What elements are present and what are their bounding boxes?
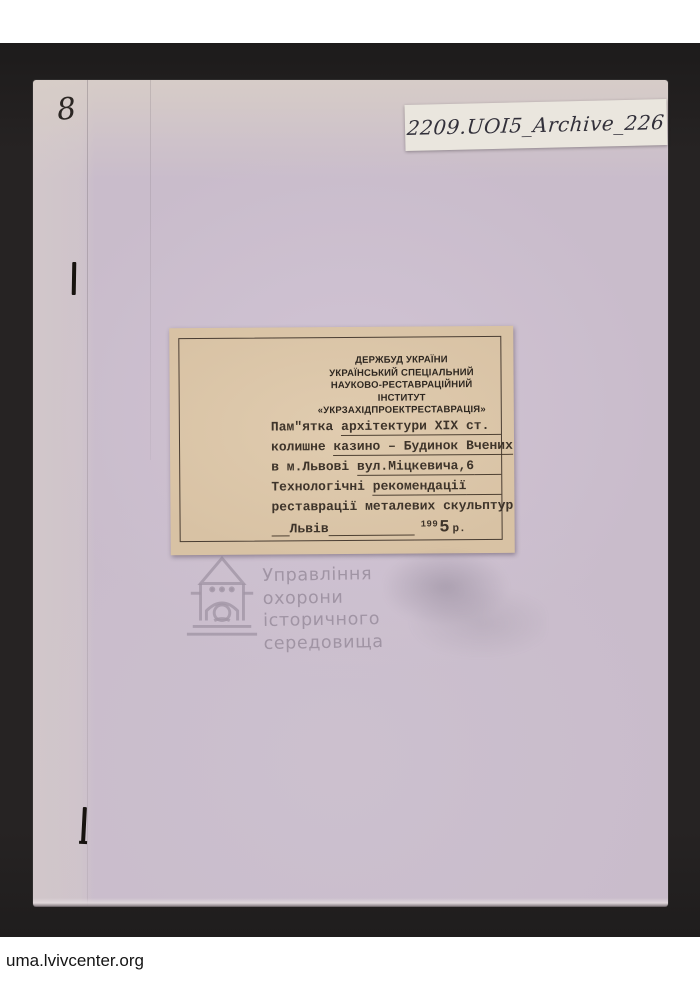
- title-text-underlined: рекомендації: [373, 478, 467, 496]
- stamp-line: Управління: [262, 563, 382, 588]
- ruled-line: [489, 433, 501, 435]
- stamp-line: середовища: [263, 630, 383, 655]
- title-text: Пам"ятка: [271, 419, 341, 434]
- city-year-line: Львів1995р.: [272, 518, 502, 540]
- heritage-office-stamp: Управління охорони історичного середовищ…: [262, 563, 384, 655]
- archive-code: 2209.UOI5_Archive_226: [406, 110, 665, 140]
- title-line: в м.Львові вул.Міцкевича,6: [271, 458, 501, 480]
- year-handwritten-digit: 5: [439, 518, 449, 537]
- stamp-line: охорони: [263, 585, 383, 610]
- year-suffix: р.: [453, 523, 466, 535]
- archive-code-sticker: 2209.UOI5_Archive_226: [405, 99, 668, 151]
- typed-title-block: Пам"ятка архітектури XIX ст. колишне каз…: [271, 418, 502, 540]
- ruled-line: [474, 473, 501, 475]
- title-line: колишне казино – Будинок Вчених: [271, 438, 501, 460]
- title-line: реставрації металевих скульптур: [271, 498, 501, 520]
- fold-crease: [87, 80, 88, 906]
- institute-letterhead: ДЕРЖБУД УКРАЇНИ УКРАЇНСЬКИЙ СПЕЦІАЛЬНИЙ …: [305, 354, 497, 418]
- title-line: Технологічні рекомендації: [271, 478, 501, 500]
- document-photo: 8 2209.UOI5_Archive_226 ДЕРЖБУД УКРАЇНИ …: [0, 43, 700, 937]
- site-watermark: uma.lvivcenter.org: [6, 951, 144, 971]
- institute-title-label: ДЕРЖБУД УКРАЇНИ УКРАЇНСЬКИЙ СПЕЦІАЛЬНИЙ …: [169, 326, 515, 555]
- year-typed-digits: 199: [421, 519, 439, 529]
- letterhead-line: «УКРЗАХІДПРОЕКТРЕСТАВРАЦІЯ»: [306, 404, 498, 418]
- ruled-line: [329, 533, 415, 536]
- title-text-underlined: архітектури XIX ст.: [341, 418, 489, 436]
- stamp-line: історичного: [263, 608, 383, 633]
- title-text: реставрації металевих скульптур: [271, 498, 513, 515]
- title-text-underlined: казино – Будинок Вчених: [333, 438, 513, 456]
- letterhead-line: НАУКОВО-РЕСТАВРАЦІЙНИЙ: [306, 379, 498, 393]
- paper-stain: [385, 546, 545, 664]
- tower-arch-emblem-icon: [183, 554, 261, 652]
- city-text: Львів: [290, 521, 329, 536]
- title-text-underlined: вул.Міцкевича,6: [357, 458, 474, 476]
- title-text: колишне: [271, 439, 334, 454]
- folder-cover: 8 2209.UOI5_Archive_226 ДЕРЖБУД УКРАЇНИ …: [33, 80, 668, 906]
- staple: [72, 262, 77, 295]
- ruled-line: [466, 493, 501, 495]
- title-text: в м.Львові: [271, 459, 357, 475]
- ruled-line: [272, 534, 290, 536]
- title-text: Технологічні: [271, 479, 373, 495]
- handwritten-page-number: 8: [55, 91, 78, 128]
- fold-crease: [150, 80, 151, 460]
- title-line: Пам"ятка архітектури XIX ст.: [271, 418, 501, 440]
